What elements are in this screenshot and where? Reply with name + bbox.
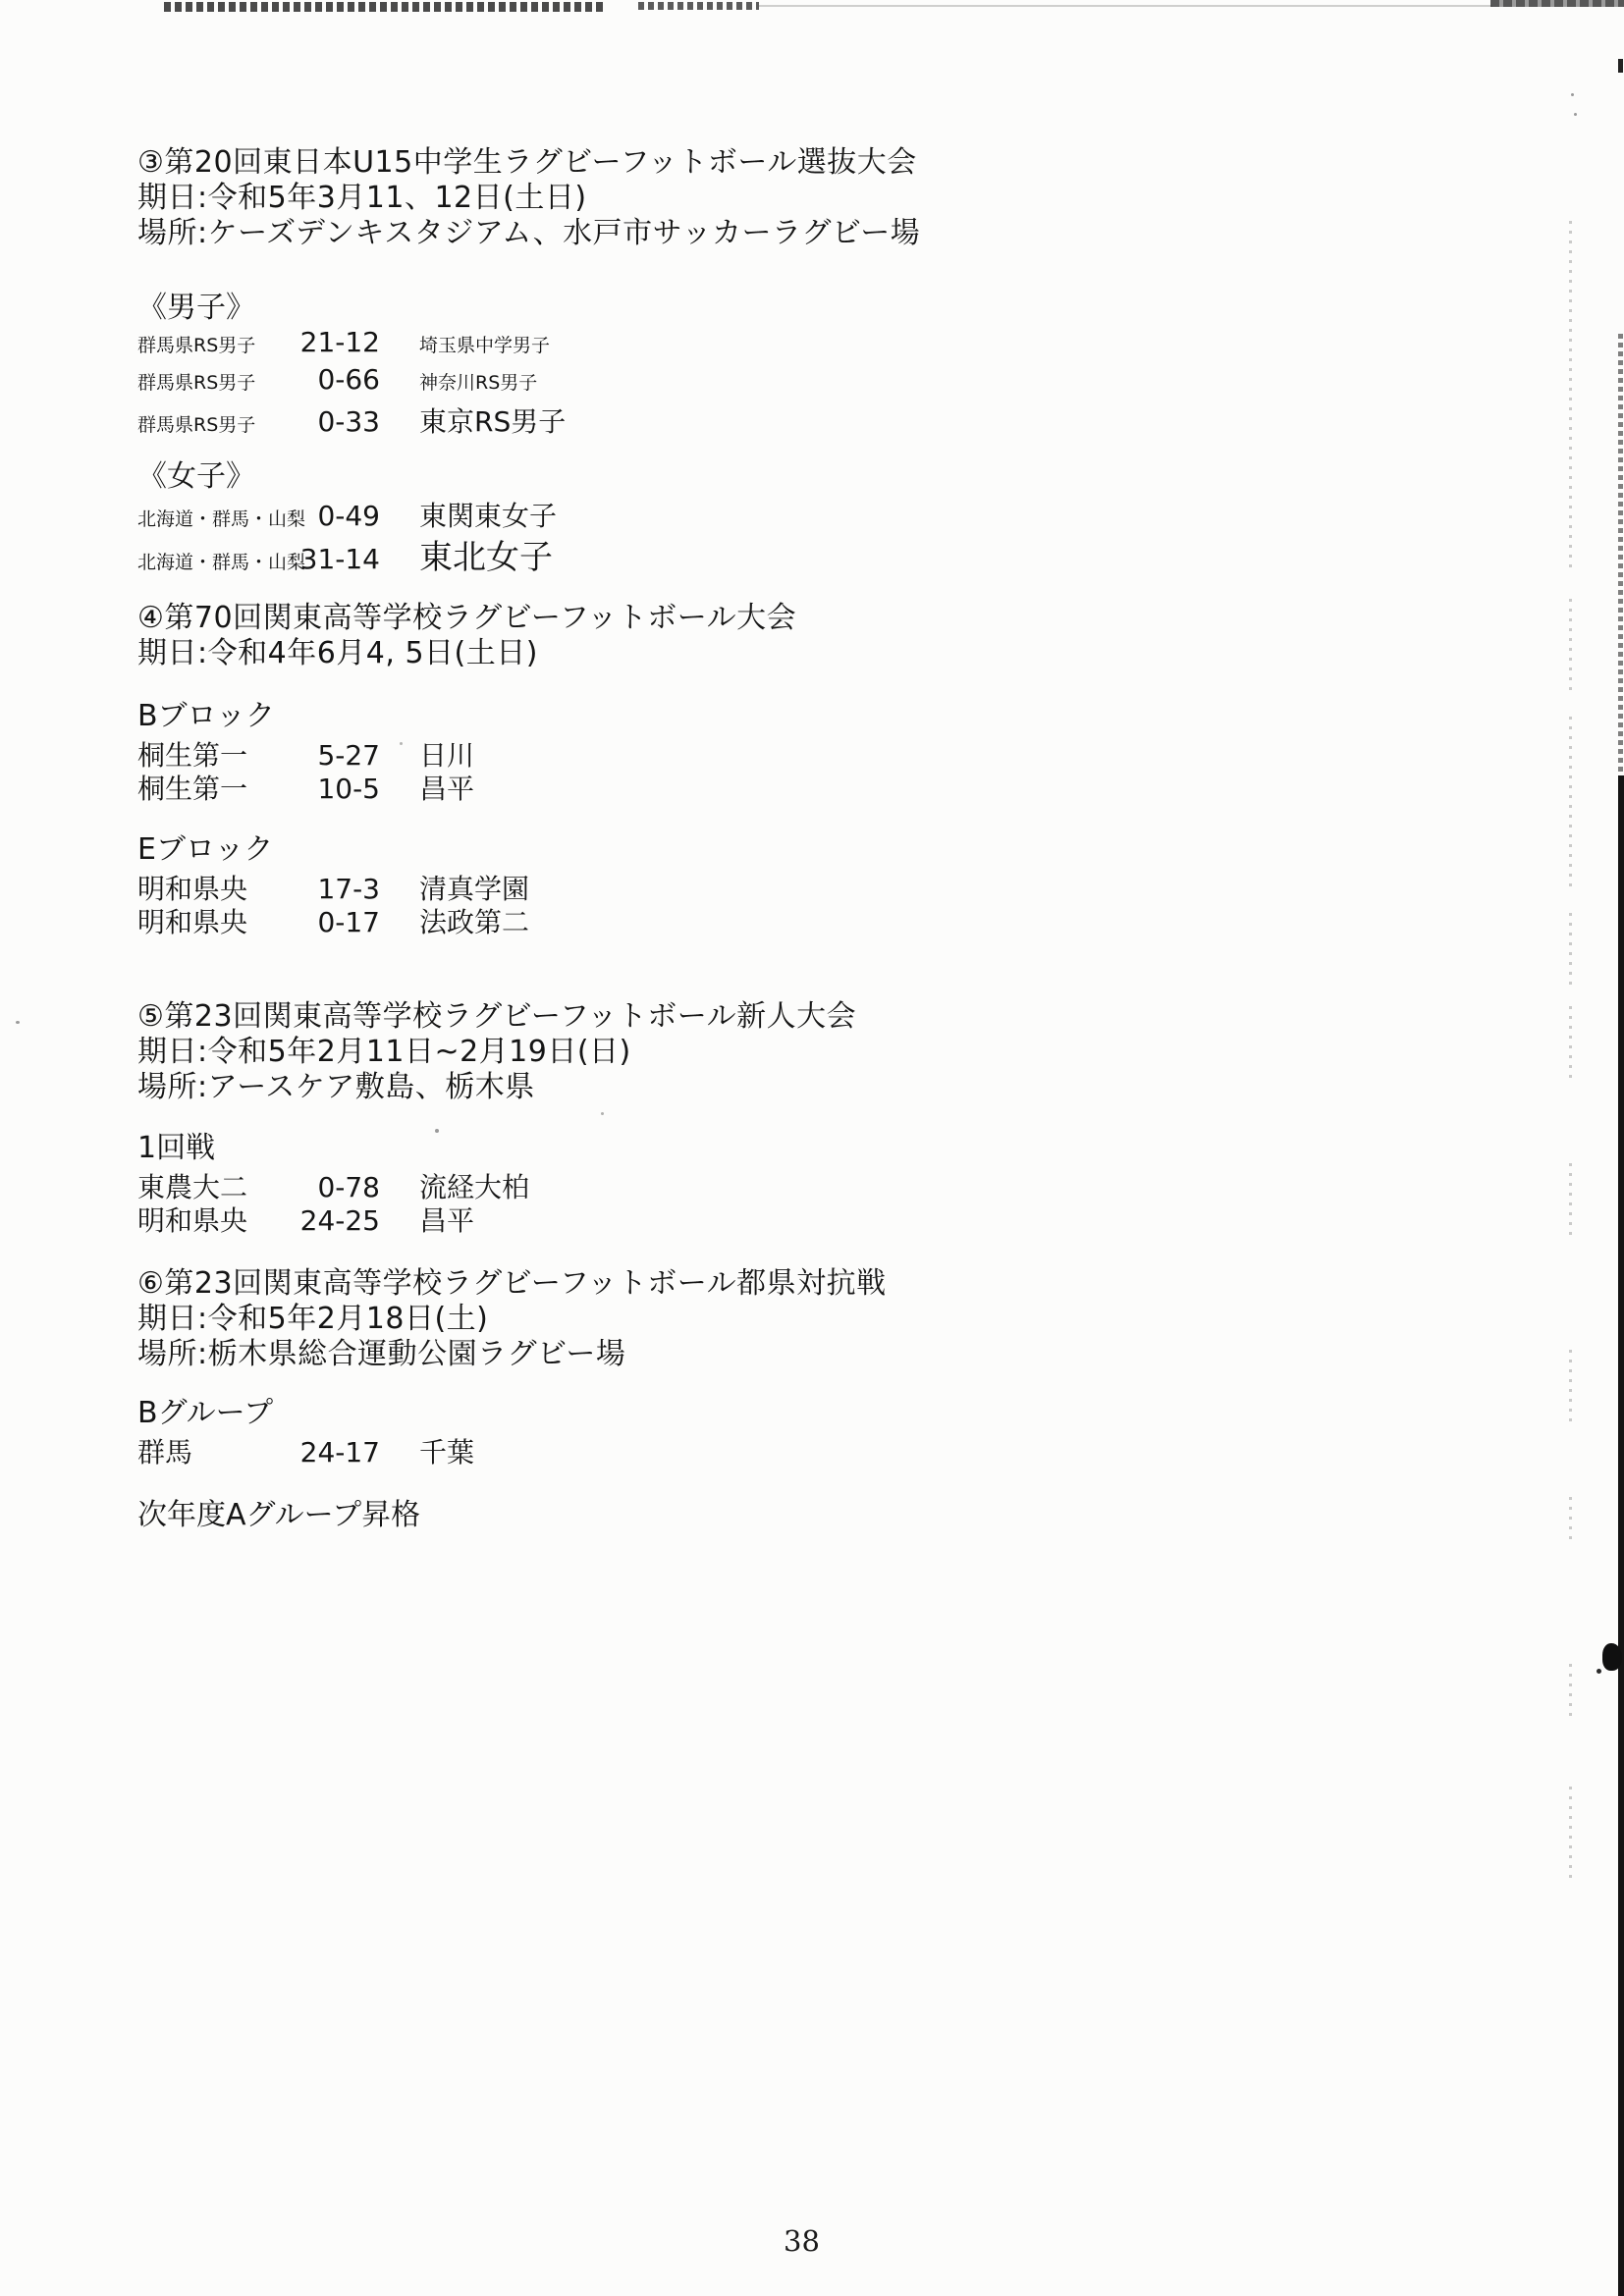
scan-artifact-speck xyxy=(1571,93,1574,96)
group-boys: 《男子》 群馬県RS男子 21-12 埼玉県中学男子 群馬県RS男子 0-66 … xyxy=(137,291,1218,438)
match-row: 北海道・群馬・山梨 31-14 東北女子 xyxy=(137,530,1218,565)
group-label: Bブロック xyxy=(137,699,1218,734)
group-round-1: 1回戦 東農大二 0-78 流経大柏 明和県央 24-25 昌平 xyxy=(137,1131,1218,1233)
match-score: 0-17 xyxy=(299,906,380,938)
home-team: 明和県央 xyxy=(137,1200,299,1239)
section-venue: 場所:アースケア敷島、栃木県 xyxy=(137,1070,1218,1105)
scanned-document-page: ③第20回東日本U15中学生ラグビーフットボール選抜大会 期日:令和5年3月11… xyxy=(0,0,1624,2296)
section-date: 期日:令和5年2月18日(土) xyxy=(137,1302,1218,1337)
scan-artifact-speck xyxy=(16,1021,20,1024)
match-score: 10-5 xyxy=(299,773,380,805)
match-row: 群馬県RS男子 0-33 東京RS男子 xyxy=(137,400,1218,438)
section-venue: 場所:ケーズデンキスタジアム、水戸市サッカーラグビー場 xyxy=(137,216,1218,251)
away-team: 千葉 xyxy=(419,1431,474,1470)
match-score: 24-25 xyxy=(299,1204,380,1237)
scan-artifact-dotted-line xyxy=(1569,1664,1572,1723)
group-label: Bグループ xyxy=(137,1396,1218,1431)
group-b-group: Bグループ 群馬 24-17 千葉 xyxy=(137,1396,1218,1465)
match-score: 0-33 xyxy=(299,405,380,438)
section-token-taikosen: ⑥第23回関東高等学校ラグビーフットボール都県対抗戦 期日:令和5年2月18日(… xyxy=(137,1266,1218,1533)
match-row: 桐生第一 5-27 日川 xyxy=(137,734,1218,768)
scan-artifact-dotted-line xyxy=(1569,1006,1572,1085)
match-score: 21-12 xyxy=(299,326,380,358)
match-score: 17-3 xyxy=(299,873,380,905)
scan-artifact-dotted-line xyxy=(1569,1163,1572,1242)
scan-artifact-dotted-line xyxy=(1569,1497,1572,1541)
home-team: 群馬県RS男子 xyxy=(137,368,299,395)
home-team: 桐生第一 xyxy=(137,768,299,807)
scan-artifact-dotted-line xyxy=(1569,599,1572,692)
section-kanto-shinjin-taikai: ⑤第23回関東高等学校ラグビーフットボール新人大会 期日:令和5年2月11日~2… xyxy=(137,999,1218,1233)
scan-artifact-speck xyxy=(1574,113,1577,116)
away-team: 神奈川RS男子 xyxy=(419,368,537,395)
promotion-note: 次年度Aグループ昇格 xyxy=(137,1498,1218,1533)
home-team: 明和県央 xyxy=(137,901,299,940)
scan-artifact-dotted-line xyxy=(1569,717,1572,888)
scan-artifact-dotted-line xyxy=(1569,1787,1572,1880)
away-team: 東関東女子 xyxy=(419,495,557,534)
home-team: 群馬県RS男子 xyxy=(137,410,299,437)
match-row: 明和県央 0-17 法政第二 xyxy=(137,901,1218,934)
section-title: ④第70回関東高等学校ラグビーフットボール大会 xyxy=(137,601,1218,636)
scan-artifact-right-edge-dashes xyxy=(1618,334,1623,775)
match-row: 明和県央 17-3 清真学園 xyxy=(137,868,1218,901)
scan-artifact-dotted-line xyxy=(1569,1350,1572,1428)
section-date: 期日:令和4年6月4, 5日(土日) xyxy=(137,636,1218,671)
scan-artifact-right-edge-bar xyxy=(1618,775,1624,2296)
away-team: 東京RS男子 xyxy=(419,400,566,440)
section-date: 期日:令和5年3月11、12日(土日) xyxy=(137,181,1218,216)
scan-artifact-top-dashes-right xyxy=(1490,0,1624,7)
section-title: ⑤第23回関東高等学校ラグビーフットボール新人大会 xyxy=(137,999,1218,1035)
section-kanto-koko-taikai: ④第70回関東高等学校ラグビーフットボール大会 期日:令和4年6月4, 5日(土… xyxy=(137,601,1218,934)
home-team: 群馬県RS男子 xyxy=(137,331,299,357)
group-e-block: Eブロック 明和県央 17-3 清真学園 明和県央 0-17 法政第二 xyxy=(137,832,1218,934)
scan-artifact-right-edge-segment xyxy=(1618,59,1623,73)
group-label: 1回戦 xyxy=(137,1131,1218,1166)
match-row: 桐生第一 10-5 昌平 xyxy=(137,768,1218,801)
group-girls: 《女子》 北海道・群馬・山梨 0-49 東関東女子 北海道・群馬・山梨 31-1… xyxy=(137,459,1218,565)
match-row: 北海道・群馬・山梨 0-49 東関東女子 xyxy=(137,495,1218,530)
match-row: 群馬県RS男子 21-12 埼玉県中学男子 xyxy=(137,326,1218,363)
away-team: 東北女子 xyxy=(419,530,553,578)
match-score: 5-27 xyxy=(299,739,380,772)
group-label: Eブロック xyxy=(137,832,1218,868)
scan-artifact-top-faint-line xyxy=(759,5,1492,7)
match-row: 東農大二 0-78 流経大柏 xyxy=(137,1166,1218,1200)
group-label: 《女子》 xyxy=(137,459,1218,495)
scan-artifact-top-dashes-mid xyxy=(638,2,759,10)
away-team: 埼玉県中学男子 xyxy=(419,331,550,357)
match-row: 明和県央 24-25 昌平 xyxy=(137,1200,1218,1233)
home-team: 北海道・群馬・山梨 xyxy=(137,548,299,574)
scan-artifact-ink-blob xyxy=(1602,1643,1622,1671)
group-b-block: Bブロック 桐生第一 5-27 日川 桐生第一 10-5 昌平 xyxy=(137,699,1218,801)
section-title: ③第20回東日本U15中学生ラグビーフットボール選抜大会 xyxy=(137,145,1218,181)
home-team: 群馬 xyxy=(137,1431,299,1470)
match-row: 群馬 24-17 千葉 xyxy=(137,1431,1218,1465)
home-team: 北海道・群馬・山梨 xyxy=(137,505,299,531)
page-content: ③第20回東日本U15中学生ラグビーフットボール選抜大会 期日:令和5年3月11… xyxy=(137,145,1218,1533)
match-score: 31-14 xyxy=(299,543,380,575)
away-team: 法政第二 xyxy=(419,901,529,940)
match-score: 0-78 xyxy=(299,1171,380,1203)
section-u15-senbatsu: ③第20回東日本U15中学生ラグビーフットボール選抜大会 期日:令和5年3月11… xyxy=(137,145,1218,565)
group-label: 《男子》 xyxy=(137,291,1218,326)
match-score: 24-17 xyxy=(299,1436,380,1468)
away-team: 昌平 xyxy=(419,768,474,807)
section-date: 期日:令和5年2月11日~2月19日(日) xyxy=(137,1035,1218,1070)
match-row: 群馬県RS男子 0-66 神奈川RS男子 xyxy=(137,363,1218,400)
match-score: 0-49 xyxy=(299,500,380,532)
section-venue: 場所:栃木県総合運動公園ラグビー場 xyxy=(137,1337,1218,1372)
match-score: 0-66 xyxy=(299,363,380,396)
section-title: ⑥第23回関東高等学校ラグビーフットボール都県対抗戦 xyxy=(137,1266,1218,1302)
scan-artifact-top-dashes-left xyxy=(164,2,606,12)
scan-artifact-ink-dot xyxy=(1597,1669,1601,1674)
scan-artifact-dotted-line xyxy=(1569,913,1572,987)
away-team: 昌平 xyxy=(419,1200,474,1239)
page-number: 38 xyxy=(784,2224,820,2258)
scan-artifact-dotted-line xyxy=(1569,221,1572,574)
